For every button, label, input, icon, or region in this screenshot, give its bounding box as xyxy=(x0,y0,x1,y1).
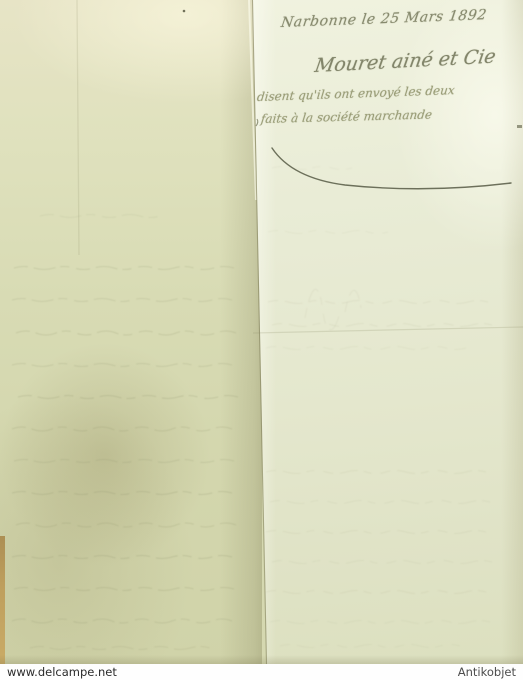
watermark-bar: www.delcampe.net Antikobjet xyxy=(0,664,523,680)
ghost-writing-left xyxy=(12,215,238,650)
watermark-right: Antikobjet xyxy=(458,664,516,680)
ink-flourish-line xyxy=(272,148,511,189)
paper-bottom-shadow xyxy=(0,655,523,664)
table-surface-edge xyxy=(0,536,5,664)
letter-photo: Narbonne le 25 Mars 1892 Mouret ainé et … xyxy=(0,0,523,680)
watermark-left: www.delcampe.net xyxy=(7,664,117,680)
ghost-writing-right xyxy=(266,167,492,648)
